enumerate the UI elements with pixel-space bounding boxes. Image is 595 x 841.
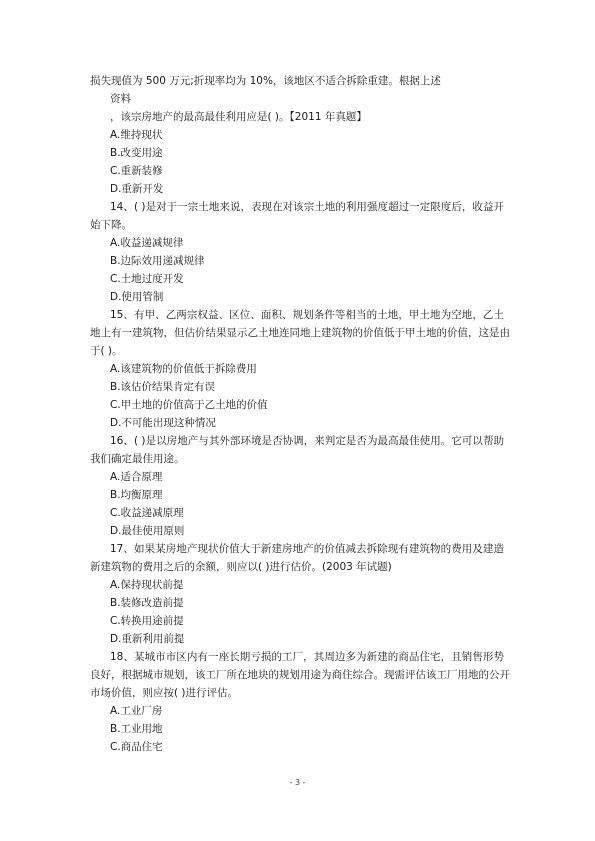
text-line: D.最佳使用原则 — [90, 522, 504, 540]
text-line: A.工业厂房 — [90, 702, 504, 720]
text-line: B.工业用地 — [90, 720, 504, 738]
text-line: 资料 — [90, 90, 504, 108]
text-line: 于( )。 — [90, 342, 504, 360]
text-line: 18、某城市市区内有一座长期亏损的工厂，其周边多为新建的商品住宅，且销售形势 — [90, 648, 504, 666]
text-line: C.甲土地的价值高于乙土地的价值 — [90, 396, 504, 414]
text-line: 市场价值，则应按( )进行评估。 — [90, 684, 504, 702]
page-number: - 3 - — [0, 778, 595, 787]
text-line: B.该估价结果肯定有误 — [90, 378, 504, 396]
text-line: 良好，根据城市规划，该工厂所在地块的规划用途为商住综合。现需评估该工厂用地的公开 — [90, 666, 504, 684]
text-line: 我们确定最佳用途。 — [90, 450, 504, 468]
text-line: D.不可能出现这种情况 — [90, 414, 504, 432]
text-line: C.收益递减原理 — [90, 504, 504, 522]
text-line: A.该建筑物的价值低于拆除费用 — [90, 360, 504, 378]
text-line: C.土地过度开发 — [90, 270, 504, 288]
text-line: B.装修改造前提 — [90, 594, 504, 612]
text-line: ，该宗房地产的最高最佳利用应是( )。【2011 年真题】 — [90, 108, 504, 126]
text-line: C.重新装修 — [90, 162, 504, 180]
text-line: B.均衡原理 — [90, 486, 504, 504]
text-line: B.改变用途 — [90, 144, 504, 162]
text-line: A.收益递减规律 — [90, 234, 504, 252]
text-line: 17、如果某房地产现状价值大于新建房地产的价值减去拆除现有建筑物的费用及建造 — [90, 540, 504, 558]
text-line: D.使用管制 — [90, 288, 504, 306]
text-line: D.重新开发 — [90, 180, 504, 198]
text-line: C.转换用途前提 — [90, 612, 504, 630]
text-line: C.商品住宅 — [90, 738, 504, 756]
text-line: A.维持现状 — [90, 126, 504, 144]
text-line: B.边际效用递减规律 — [90, 252, 504, 270]
text-line: 损失现值为 500 万元;折现率均为 10%，该地区不适合拆除重建。根据上述 — [90, 72, 504, 90]
text-line: 始下降。 — [90, 216, 504, 234]
text-line: 16、( )是以房地产与其外部环境是否协调，来判定是否为最高最佳使用。它可以帮助 — [90, 432, 504, 450]
text-line: 新建筑物的费用之后的余额，则应以( )进行估价。(2003 年试题) — [90, 558, 504, 576]
text-line: 14、( )是对于一宗土地来说，表现在对该宗土地的利用强度超过一定限度后，收益开 — [90, 198, 504, 216]
document-body: 损失现值为 500 万元;折现率均为 10%，该地区不适合拆除重建。根据上述资料… — [90, 72, 504, 756]
text-line: 15、有甲、乙两宗权益、区位、面积、规划条件等相当的土地，甲土地为空地，乙土 — [90, 306, 504, 324]
text-line: A.适合原理 — [90, 468, 504, 486]
text-line: 地上有一建筑物，但估价结果显示乙土地连同地上建筑物的价值低于甲土地的价值，这是由 — [90, 324, 504, 342]
text-line: A.保持现状前提 — [90, 576, 504, 594]
text-line: D.重新利用前提 — [90, 630, 504, 648]
